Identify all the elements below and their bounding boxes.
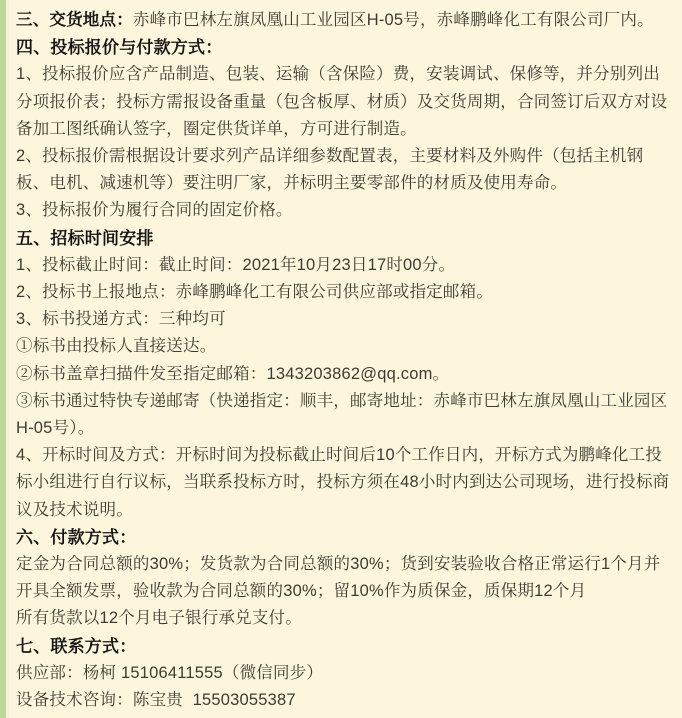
section-3-heading: 三、交货地点： — [16, 11, 133, 29]
section-3-text: 赤峰市巴林左旗凤凰山工业园区H-05号，赤峰鹏峰化工有限公司厂内。 — [133, 11, 654, 29]
section-4-item-3: 3、投标报价为履行合同的固定价格。 — [16, 197, 674, 224]
section-5-delivery-option-1: ①标书由投标人直接送达。 — [16, 333, 674, 360]
document-body: 三、交货地点：赤峰市巴林左旗凤凰山工业园区H-05号，赤峰鹏峰化工有限公司厂内。… — [0, 0, 682, 714]
section-7-contact-tech: 设备技术咨询：陈宝贵 15503055387 — [16, 687, 674, 714]
section-6-payment-method: 所有货款以12个月电子银行承兑支付。 — [16, 605, 674, 632]
section-5-item-2: 2、投标书上报地点：赤峰鹏峰化工有限公司供应部或指定邮箱。 — [16, 279, 674, 306]
section-5-item-3: 3、标书投递方式：三种均可 — [16, 306, 674, 333]
section-5-item-4: 4、开标时间及方式：开标时间为投标截止时间后10个工作日内，开标方式为鹏峰化工投… — [16, 442, 674, 524]
section-7-contact-supply: 供应部：杨柯 15106411555（微信同步） — [16, 660, 674, 687]
section-4-heading: 四、投标报价与付款方式： — [16, 34, 674, 61]
section-6-payment-terms: 定金为合同总额的30%；发货款为合同总额的30%；货到安装验收合格正常运行1个月… — [16, 551, 674, 605]
document-page: 三、交货地点：赤峰市巴林左旗凤凰山工业园区H-05号，赤峰鹏峰化工有限公司厂内。… — [0, 0, 682, 718]
section-5-delivery-option-2: ②标书盖章扫描件发至指定邮箱：1343203862@qq.com。 — [16, 361, 674, 388]
section-5-heading: 五、招标时间安排 — [16, 225, 674, 252]
section-6-heading: 六、付款方式： — [16, 524, 674, 551]
section-7-heading: 七、联系方式： — [16, 633, 674, 660]
section-5-delivery-option-3: ③标书通过特快专递邮寄（快递指定：顺丰，邮寄地址：赤峰市巴林左旗凤凰山工业园区H… — [16, 388, 674, 442]
section-4-item-2: 2、投标报价需根据设计要求列产品详细参数配置表，主要材料及外购件（包括主机钢板、… — [16, 143, 674, 197]
section-4-item-1: 1、投标报价应含产品制造、包装、运输（含保险）费，安装调试、保修等，并分别列出分… — [16, 61, 674, 143]
section-3-delivery-location: 三、交货地点：赤峰市巴林左旗凤凰山工业园区H-05号，赤峰鹏峰化工有限公司厂内。 — [16, 7, 674, 34]
section-5-item-1: 1、投标截止时间：截止时间：2021年10月23日17时00分。 — [16, 252, 674, 279]
